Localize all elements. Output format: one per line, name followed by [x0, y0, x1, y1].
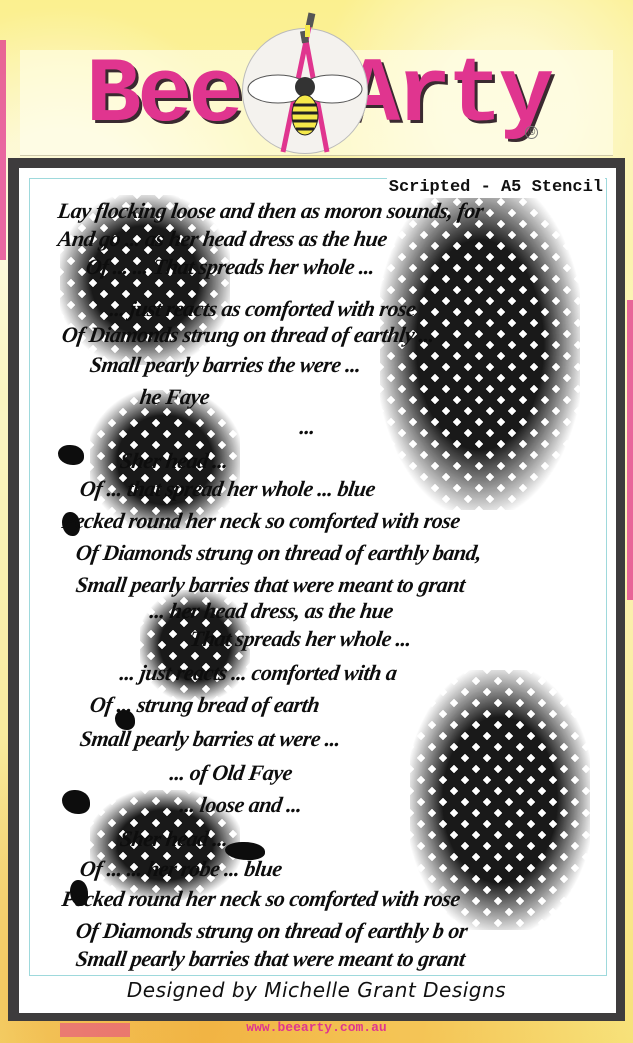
- website-link[interactable]: www.beearty.com.au: [0, 1020, 633, 1035]
- script-line: Of ... ... That spreads her whole ...: [84, 254, 376, 280]
- script-line: That spreads her whole ...: [188, 626, 413, 652]
- script-line: Small pearly barries at were ...: [78, 726, 342, 752]
- script-line: Sher head ...: [118, 826, 229, 852]
- script-line: Of Diamonds strung on thread of earthly …: [60, 322, 436, 348]
- ink-splotch: [58, 445, 84, 465]
- pink-paint-streak: [627, 300, 633, 600]
- script-line: And go ... as her head dress as the hue: [56, 226, 389, 252]
- product-title: Scripted - A5 Stencil: [387, 178, 605, 198]
- script-line: Of ... strung bread of earth: [88, 692, 321, 718]
- ink-splotch: [62, 790, 90, 814]
- bee-with-paintbrushes-icon: [242, 28, 368, 154]
- script-line: Lay flocking loose and then as moron sou…: [56, 198, 485, 224]
- script-line: ... loose and ...: [178, 792, 303, 818]
- script-line: Pecked round her neck so comforted with …: [60, 508, 461, 534]
- logo-text-arty: Arty: [345, 46, 550, 146]
- script-line: ... of Old Faye: [168, 760, 294, 786]
- script-line: Of Diamonds strung on thread of earthly …: [74, 540, 483, 566]
- registered-mark: ®: [525, 126, 538, 139]
- script-line: ... her head dress, as the hue: [148, 598, 395, 624]
- script-line: ... just reacts ... comforted with a: [118, 660, 398, 686]
- script-line: ... just reacts as comforted with rose: [108, 296, 417, 322]
- designer-credit: Designed by Michelle Grant Designs: [0, 978, 633, 1002]
- script-line: Of Diamonds strung on thread of earthly …: [74, 918, 469, 944]
- script-line: Of ... ... her robe ... blue: [78, 856, 283, 882]
- script-line: Pecked round her neck so comforted with …: [60, 886, 461, 912]
- script-line: Sher head ...: [118, 448, 229, 474]
- logo-text-bee: Bee: [86, 46, 240, 146]
- script-line: Of ... that spread her whole ... blue: [78, 476, 377, 502]
- script-line: he Faye: [138, 384, 211, 410]
- script-line: Small pearly barries that were meant to …: [74, 572, 466, 598]
- script-line: Small pearly barries that were meant to …: [74, 946, 466, 972]
- script-line: Small pearly barries the were ...: [88, 352, 362, 378]
